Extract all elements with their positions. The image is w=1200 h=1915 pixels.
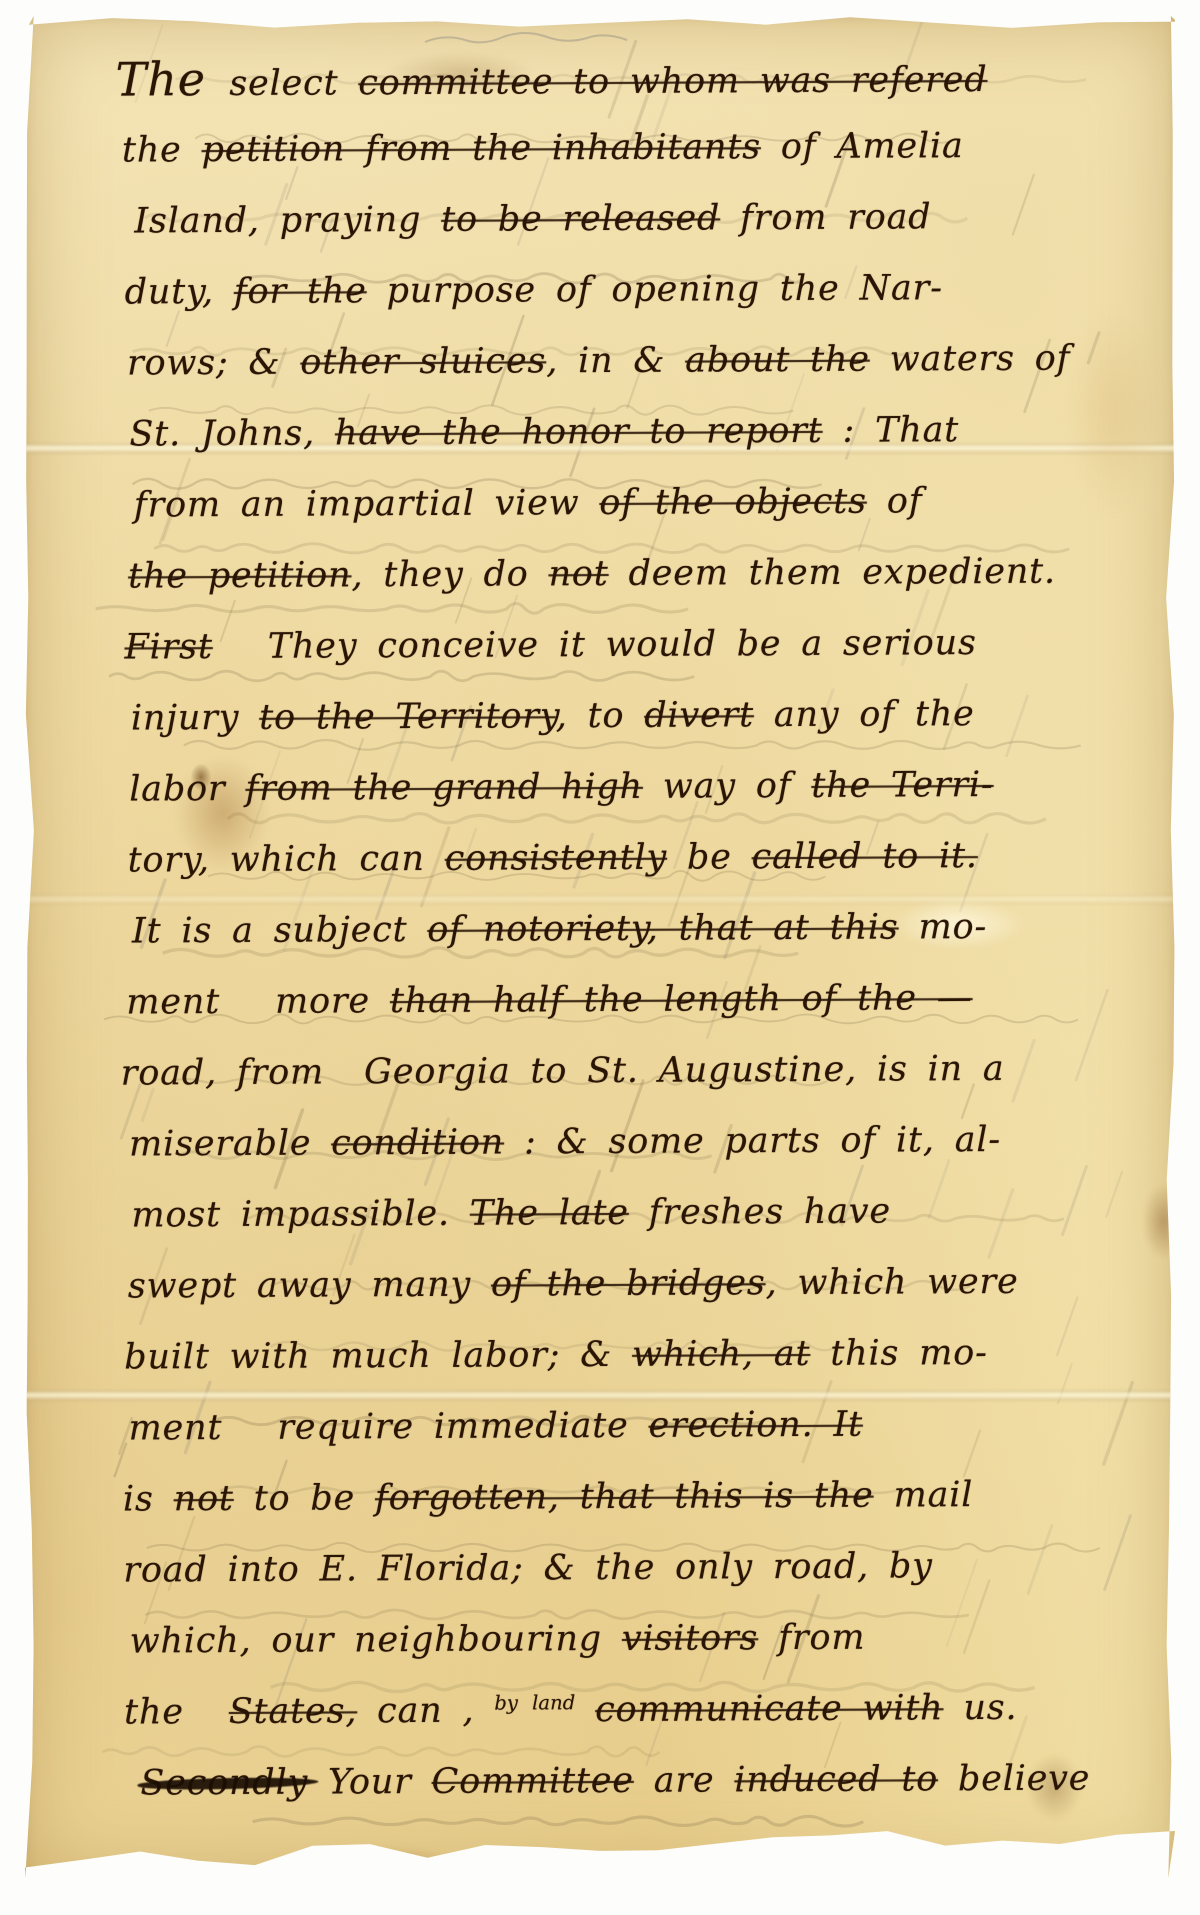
ink-text: which, our neighbouring	[130, 1619, 622, 1662]
stain	[1143, 1184, 1185, 1259]
ink-text: labor	[129, 769, 245, 810]
ink-text: ment	[129, 1408, 223, 1448]
ink-text: to be	[234, 1478, 375, 1519]
manuscript-line: mentrequire immediate erection. It	[128, 1388, 1102, 1464]
ghost-hatch-stroke	[1106, 1172, 1122, 1217]
ink-text: are	[634, 1760, 735, 1801]
struck-word: Secondly	[140, 1748, 308, 1820]
ink-text: duty,	[125, 272, 234, 313]
ink-text: believe	[938, 1758, 1090, 1799]
ink-text: of the objects	[599, 482, 867, 523]
ink-text: us.	[943, 1688, 1017, 1728]
manuscript-line: tory, which can consistently be called t…	[127, 820, 1099, 896]
manuscript-line: the petition, they do not deem them expe…	[128, 536, 1098, 612]
ink-text: divert	[644, 695, 754, 736]
manuscript-line: theStates, can , by land communicate wit…	[124, 1672, 1104, 1748]
ink-text: committee to whom was refered	[358, 60, 987, 103]
ink-text: road into E. Florida; & the only road, b…	[123, 1546, 933, 1590]
ink-text: Your	[308, 1762, 432, 1803]
ink-text: about the	[685, 340, 870, 381]
ink-text: most impassible.	[131, 1194, 470, 1236]
ink-text: petition from the inhabitants	[201, 127, 761, 170]
manuscript-line: labor from the grand high way of the Ter…	[129, 749, 1099, 825]
manuscript-line: road into E. Florida; & the only road, b…	[123, 1530, 1103, 1606]
ink-text: be	[667, 837, 752, 877]
ink-text: They conceive it would be a serious	[268, 623, 977, 667]
ink-text: select	[229, 63, 358, 104]
ink-text: mail	[874, 1475, 974, 1516]
ink-text: any of the	[754, 694, 975, 735]
text-block: The select committee to whom was refered…	[115, 39, 1104, 1819]
ink-text: , is in a	[845, 1049, 1005, 1090]
ink-text: freshes have	[629, 1192, 891, 1233]
ink-text: for the	[234, 271, 367, 312]
manuscript-line: St. Johns, have the honor to report : Th…	[129, 394, 1097, 470]
ink-text: the Terri-	[811, 765, 993, 806]
document-scan: The select committee to whom was refered…	[0, 0, 1200, 1915]
ink-text: called to it.	[752, 836, 978, 877]
ink-text: of the bridges	[491, 1263, 766, 1304]
manuscript-line: road, fromGeorgia to St. Augustine, is i…	[121, 1033, 1101, 1109]
ink-text: mo-	[899, 907, 988, 947]
ink-text: induced to	[734, 1759, 938, 1800]
ink-text: miserable	[129, 1123, 331, 1164]
ink-text: way of	[643, 766, 812, 807]
ink-text: not	[174, 1479, 234, 1519]
ink-text: the	[124, 1692, 184, 1732]
ink-text: Georgia to St. Augustine	[364, 1050, 845, 1093]
ink-text: visitors	[622, 1618, 759, 1659]
ink-text: not	[548, 554, 608, 594]
stain	[325, 1846, 455, 1878]
inserted-text: by land	[494, 1691, 575, 1714]
ink-text: other sluices	[300, 341, 546, 382]
manuscript-line: swept away many of the bridges, which we…	[128, 1246, 1102, 1322]
manuscript-line: injury to the Territory, to divert any o…	[131, 678, 1099, 754]
manuscript-line: Secondly Your Committee are induced to b…	[140, 1743, 1104, 1819]
manuscript-line: rows; & other sluices, in & about the wa…	[127, 323, 1097, 399]
manuscript-line: The select committee to whom was refered	[115, 39, 1095, 115]
ink-text: of notoriety, that at this	[427, 907, 898, 949]
ink-text: the	[122, 130, 202, 170]
manuscript-line: built with much labor; & which, at this …	[124, 1317, 1102, 1393]
ink-text: have the honor to report	[335, 411, 823, 454]
manuscript-page: The select committee to whom was refered…	[25, 16, 1175, 1878]
manuscript-line: It is a subject of notoriety, that at th…	[132, 891, 1100, 967]
ink-text: Committee	[432, 1761, 634, 1802]
ink-text: this mo-	[810, 1333, 988, 1374]
ink-text: deem them expedient.	[609, 552, 1057, 594]
ink-text: , in &	[546, 341, 685, 382]
ink-text: forgotten, that this is the	[375, 1476, 874, 1519]
ink-text: from the grand high	[245, 767, 643, 809]
ink-text: swept away many	[128, 1265, 491, 1307]
ink-text: tory, which can	[128, 839, 445, 881]
ink-text: St. Johns,	[129, 413, 335, 454]
ink-text: from an impartial view	[134, 483, 600, 525]
ink-text: consistently	[445, 838, 668, 879]
ink-text: Island, praying	[134, 200, 441, 242]
ink-text: can ,	[357, 1691, 494, 1732]
ink-text: the petition	[128, 555, 352, 596]
manuscript-line: the petition from the inhabitants of Ame…	[122, 110, 1096, 186]
ink-text: require immediate	[277, 1406, 648, 1448]
ghost-hatch-stroke	[1105, 1516, 1131, 1590]
manuscript-line: miserable condition : & some parts of it…	[129, 1104, 1101, 1180]
ink-text: which, at	[632, 1334, 810, 1375]
ink-text: : & some parts of it, al-	[504, 1120, 1001, 1163]
manuscript-line: most impassible. The late freshes have	[131, 1175, 1101, 1251]
ink-text: , to	[556, 696, 645, 736]
ink-text	[575, 1690, 595, 1730]
ink-text: : That	[823, 410, 960, 451]
ink-text: It is a subject	[132, 910, 428, 952]
ink-text: more	[275, 981, 390, 1022]
manuscript-line: Island, praying to be released from road	[134, 181, 1096, 257]
ink-text: built with much labor; &	[124, 1335, 632, 1378]
ink-text: The	[115, 52, 229, 107]
ink-text: erection. It	[648, 1405, 863, 1446]
ink-text: , which were	[765, 1262, 1018, 1303]
ink-text: is	[123, 1479, 174, 1519]
ink-text: of	[867, 481, 923, 521]
ink-text: to be released	[441, 198, 720, 239]
ink-text: communicate with	[595, 1688, 943, 1730]
manuscript-line: duty, for the purpose of opening the Nar…	[124, 252, 1096, 328]
ink-text: First	[124, 627, 212, 667]
ink-text: road, from	[121, 1052, 324, 1093]
ink-text: , they do	[351, 554, 548, 595]
manuscript-line: mentmore than half the length of the —	[126, 962, 1100, 1038]
ink-text: rows; &	[127, 343, 301, 384]
ink-text: to the Territory	[259, 696, 556, 738]
ink-text: from	[758, 1618, 865, 1659]
pencil-scribble	[425, 33, 627, 42]
manuscript-line: is not to be forgotten, that this is the…	[123, 1459, 1103, 1535]
ink-text: ment	[126, 982, 220, 1022]
ink-text: waters of	[870, 339, 1071, 380]
ink-text: purpose of opening the Nar-	[367, 268, 943, 311]
ink-text: The late	[470, 1193, 629, 1234]
ink-text: of Amelia	[761, 126, 964, 167]
ink-text: than half the length of the —	[390, 978, 973, 1021]
ink-text: from road	[720, 197, 931, 238]
ink-text: States,	[229, 1691, 358, 1732]
ink-text: injury	[131, 698, 260, 739]
ink-text: condition	[331, 1123, 504, 1164]
manuscript-line: which, our neighbouring visitors from	[130, 1601, 1104, 1677]
manuscript-line: from an impartial view of the objects of	[134, 465, 1098, 541]
manuscript-line: FirstThey conceive it would be a serious	[124, 607, 1098, 683]
